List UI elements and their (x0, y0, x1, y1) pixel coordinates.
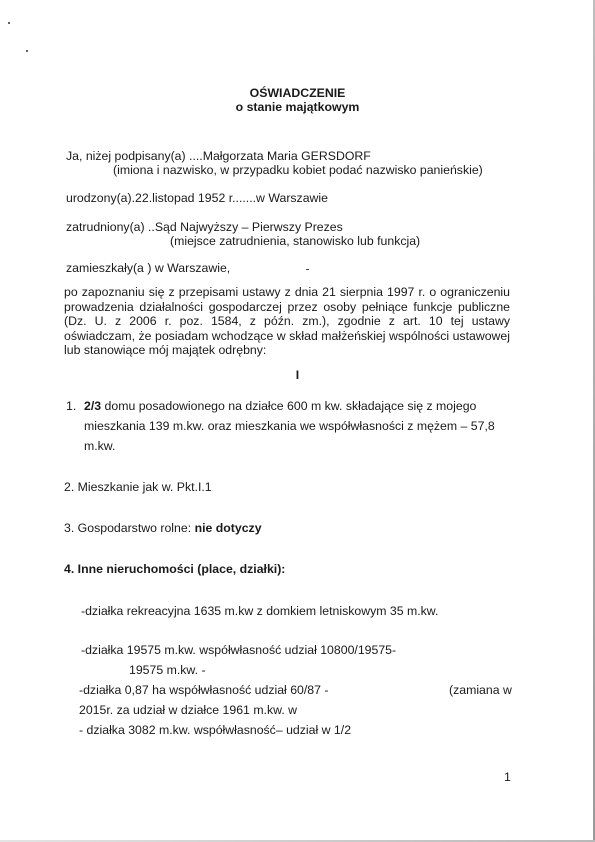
item-1-number: 1. (66, 399, 76, 413)
scan-speck (306, 269, 309, 270)
item-3-label: 3. Gospodarstwo rolne: (64, 521, 195, 535)
item-2: 2. Mieszkanie jak w. Pkt.I.1 (64, 480, 212, 494)
item-1-line3: m.kw. (84, 439, 115, 453)
item-4-entry: -działka rekreacyjna 1635 m.kw z domkiem… (81, 604, 438, 618)
intro-paragraph: po zapoznaniu się z przepisami ustawy z … (64, 285, 510, 358)
page-number: 1 (504, 770, 511, 784)
item-4-entry: -działka 19575 m.kw. współwłasność udzia… (81, 643, 396, 657)
item-4-entry: 19575 m.kw. - (129, 663, 206, 677)
document-subtitle: o stanie majątkowym (0, 100, 595, 114)
residence-line: zamieszkały(a ) w Warszawie, (66, 261, 230, 275)
section-numeral: I (0, 368, 595, 382)
employment-line: zatrudniony(a) ..Sąd Najwyższy – Pierwsz… (66, 220, 343, 234)
scan-speck (26, 50, 28, 52)
item-4-entry: - działka 3082 m.kw. współwłasność– udzi… (79, 723, 351, 737)
item-4-heading: 4. Inne nieruchomości (place, działki): (64, 562, 285, 576)
declarant-hint: (imiona i nazwisko, w przypadku kobiet p… (113, 163, 483, 177)
item-3-value: nie dotyczy (195, 521, 262, 535)
employment-hint: (miejsce zatrudnienia, stanowisko lub fu… (170, 234, 420, 248)
item-4-entry: 2015r. za udział w działce 1961 m.kw. w (79, 703, 297, 717)
item-4-entry-note: (zamiana w (449, 683, 512, 697)
item-1-line2: mieszkania 139 m.kw. oraz mieszkania we … (84, 419, 495, 433)
item-4-entry: -działka 0,87 ha współwłasność udział 60… (79, 683, 329, 697)
item-1-line1-text: domu posadowionego na działce 600 m kw. … (101, 399, 476, 413)
birth-line: urodzony(a).22.listopad 1952 r.......w W… (66, 191, 328, 205)
item-1-line1: 2/3 domu posadowionego na działce 600 m … (84, 399, 476, 413)
scan-speck (8, 22, 10, 24)
document-title: OŚWIADCZENIE (0, 86, 595, 100)
item-1-share: 2/3 (84, 399, 101, 413)
item-3: 3. Gospodarstwo rolne: nie dotyczy (64, 521, 262, 535)
declarant-line: Ja, niżej podpisany(a) ....Małgorzata Ma… (66, 149, 371, 163)
